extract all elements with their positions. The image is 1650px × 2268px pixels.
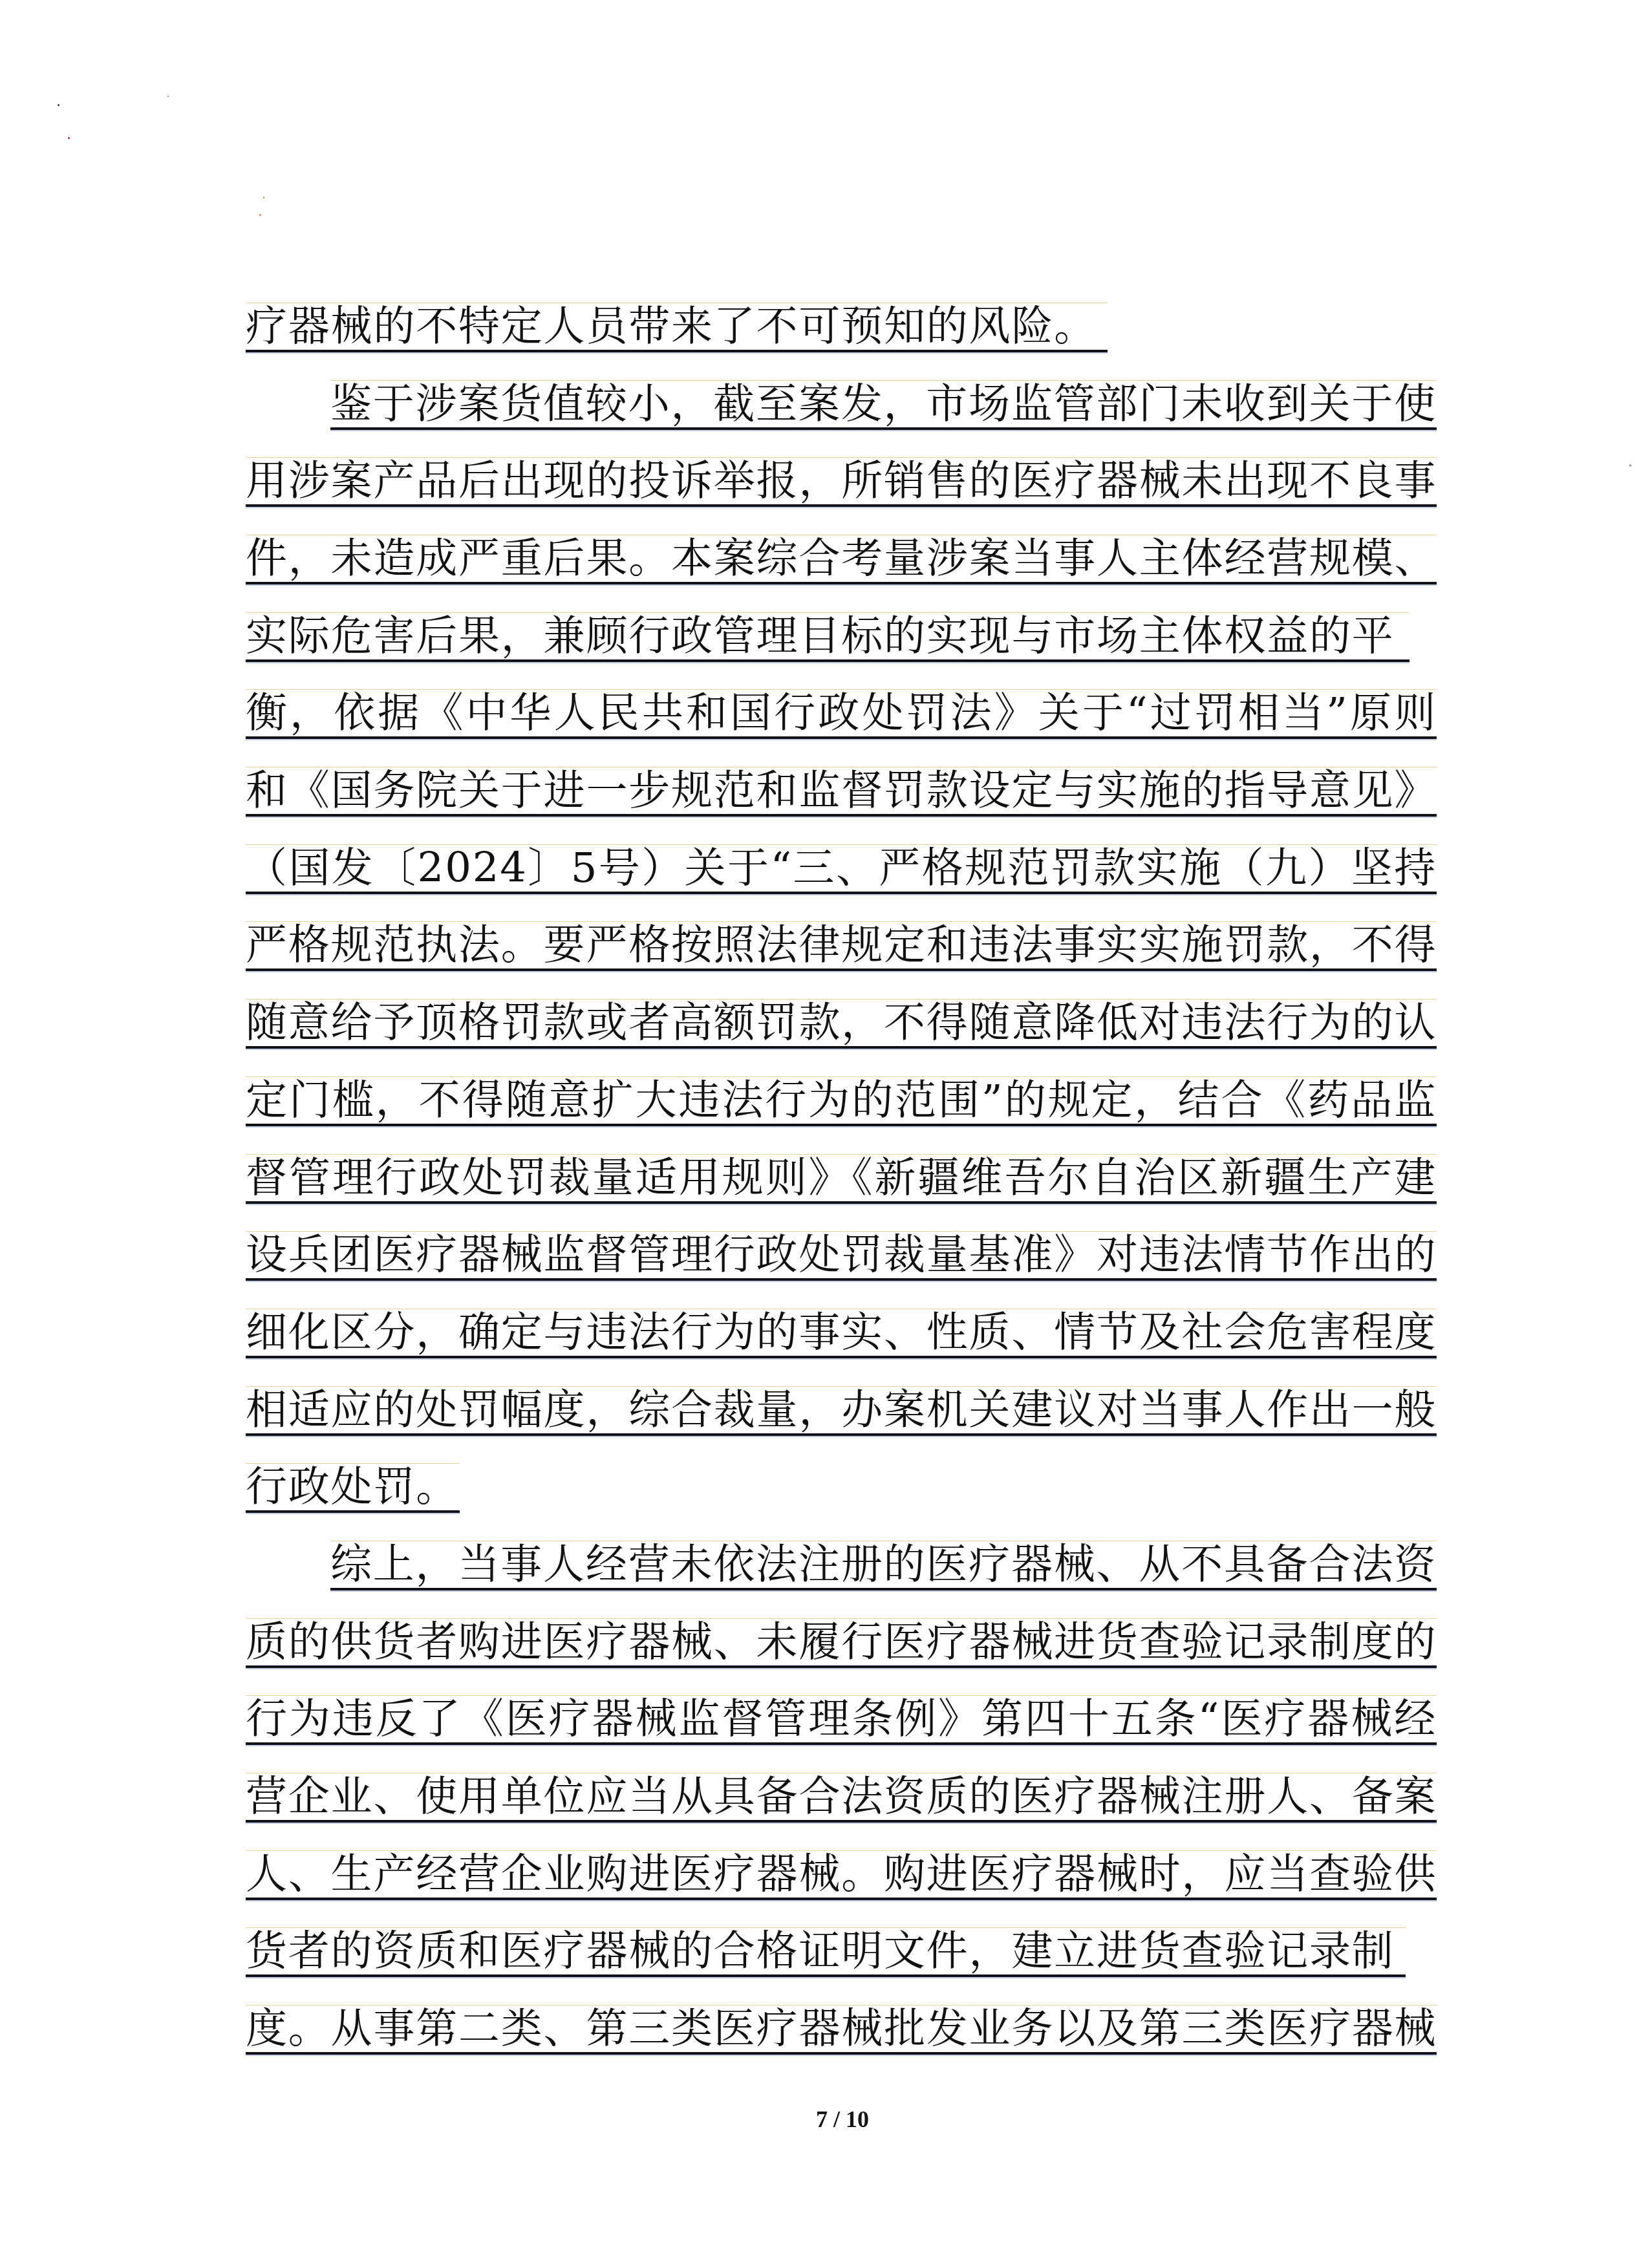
underlined-text: 件，未造成严重后果。本案综合考量涉案当事人主体经营规模、 [246,535,1437,584]
underlined-text: 货者的资质和医疗器械的合格证明文件，建立进货查验记录制 [246,1928,1406,1977]
scan-speck [263,197,264,198]
underlined-text: （国发〔2024〕5号）关于“三、严格规范罚款实施（九）坚持 [246,845,1437,894]
scan-speck [167,96,169,97]
text-line: 和《国务院关于进一步规范和监督罚款设定与实施的指导意见》 [0,739,1650,817]
underlined-text: 鉴于涉案货值较小，截至案发，市场监管部门未收到关于使 [330,381,1437,430]
text-line: 行为违反了《医疗器械监督管理条例》第四十五条“医疗器械经 [0,1668,1650,1746]
text-line: （国发〔2024〕5号）关于“三、严格规范罚款实施（九）坚持 [0,817,1650,894]
text-line: 人、生产经营企业购进医疗器械。购进医疗器械时，应当查验供 [0,1823,1650,1900]
text-line: 综上，当事人经营未依法注册的医疗器械、从不具备合法资 [0,1513,1650,1590]
underlined-text: 督管理行政处罚裁量适用规则》《新疆维吾尔自治区新疆生产建 [246,1155,1437,1204]
text-line: 件，未造成严重后果。本案综合考量涉案当事人主体经营规模、 [0,507,1650,584]
underlined-text: 相适应的处罚幅度，综合裁量，办案机关建议对当事人作出一般 [246,1387,1437,1436]
text-line: 相适应的处罚幅度，综合裁量，办案机关建议对当事人作出一般 [0,1358,1650,1436]
underlined-text: 综上，当事人经营未依法注册的医疗器械、从不具备合法资 [330,1541,1437,1590]
underlined-text: 细化区分，确定与违法行为的事实、性质、情节及社会危害程度 [246,1309,1437,1358]
document-body: 疗器械的不特定人员带来了不可预知的风险。 鉴于涉案货值较小，截至案发，市场监管部… [0,275,1650,2055]
paragraph-continuation: 疗器械的不特定人员带来了不可预知的风险。 [0,275,1650,352]
underlined-text: 用涉案产品后出现的投诉举报，所销售的医疗器械未出现不良事 [246,458,1437,507]
text-line: 度。从事第二类、第三类医疗器械批发业务以及第三类医疗器械 [0,1977,1650,2055]
scan-speck [259,214,261,216]
text-line: 细化区分，确定与违法行为的事实、性质、情节及社会危害程度 [0,1281,1650,1358]
text-line: 营企业、使用单位应当从具备合法资质的医疗器械注册人、备案 [0,1745,1650,1823]
underlined-text: 严格规范执法。要严格按照法律规定和违法事实实施罚款，不得 [246,922,1437,971]
underlined-text: 设兵团医疗器械监督管理行政处罚裁量基准》对违法情节作出的 [246,1232,1437,1281]
paragraph-conclusion: 综上，当事人经营未依法注册的医疗器械、从不具备合法资 质的供货者购进医疗器械、未… [0,1513,1650,2055]
underlined-text: 人、生产经营企业购进医疗器械。购进医疗器械时，应当查验供 [246,1851,1437,1900]
text-line: 随意给予顶格罚款或者高额罚款，不得随意降低对违法行为的认 [0,971,1650,1049]
text-line: 货者的资质和医疗器械的合格证明文件，建立进货查验记录制 [0,1900,1650,1978]
underlined-text: 营企业、使用单位应当从具备合法资质的医疗器械注册人、备案 [246,1773,1437,1823]
underlined-text: 度。从事第二类、第三类医疗器械批发业务以及第三类医疗器械 [246,2006,1437,2055]
text-line: 实际危害后果，兼顾行政管理目标的实现与市场主体权益的平 [0,584,1650,662]
underlined-text: 行为违反了《医疗器械监督管理条例》第四十五条“医疗器械经 [246,1696,1437,1745]
text-line: 设兵团医疗器械监督管理行政处罚裁量基准》对违法情节作出的 [0,1204,1650,1281]
text-line: 疗器械的不特定人员带来了不可预知的风险。 [0,275,1650,352]
scan-speck [68,137,70,139]
text-line: 质的供货者购进医疗器械、未履行医疗器械进货查验记录制度的 [0,1590,1650,1668]
page-number: 7 / 10 [778,2106,907,2132]
underlined-text: 质的供货者购进医疗器械、未履行医疗器械进货查验记录制度的 [246,1619,1437,1668]
text-line: 行政处罚。 [0,1436,1650,1514]
underlined-text: 疗器械的不特定人员带来了不可预知的风险。 [246,303,1108,352]
paragraph-discretion-basis: 鉴于涉案货值较小，截至案发，市场监管部门未收到关于使 用涉案产品后出现的投诉举报… [0,352,1650,1513]
underlined-text: 行政处罚。 [246,1464,460,1513]
underlined-text: 衡，依据《中华人民共和国行政处罚法》关于“过罚相当”原则 [246,690,1437,739]
underlined-text: 定门槛，不得随意扩大违法行为的范围”的规定，结合《药品监 [246,1077,1437,1126]
scan-speck [58,104,59,106]
text-line: 用涉案产品后出现的投诉举报，所销售的医疗器械未出现不良事 [0,430,1650,508]
text-line: 督管理行政处罚裁量适用规则》《新疆维吾尔自治区新疆生产建 [0,1126,1650,1204]
underlined-text: 和《国务院关于进一步规范和监督罚款设定与实施的指导意见》 [246,767,1437,817]
underlined-text: 实际危害后果，兼顾行政管理目标的实现与市场主体权益的平 [246,613,1409,662]
text-line: 衡，依据《中华人民共和国行政处罚法》关于“过罚相当”原则 [0,662,1650,740]
underlined-text: 随意给予顶格罚款或者高额罚款，不得随意降低对违法行为的认 [246,1000,1437,1049]
text-line: 定门槛，不得随意扩大违法行为的范围”的规定，结合《药品监 [0,1049,1650,1126]
text-line: 严格规范执法。要严格按照法律规定和违法事实实施罚款，不得 [0,894,1650,972]
text-line: 鉴于涉案货值较小，截至案发，市场监管部门未收到关于使 [0,352,1650,430]
